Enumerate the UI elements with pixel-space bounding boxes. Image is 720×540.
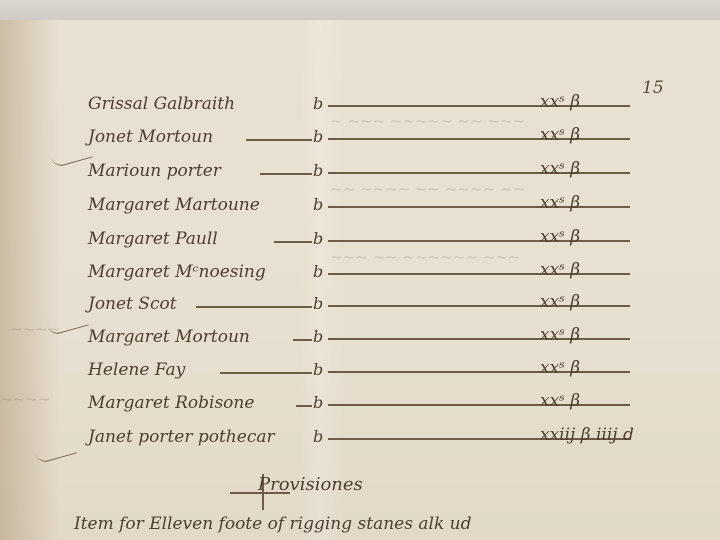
entry-mark: b (313, 393, 323, 412)
entry-rule (328, 105, 630, 107)
scan-background-strip (0, 0, 720, 22)
entry-rule (328, 404, 630, 406)
entry-dash (196, 306, 312, 308)
entry-name: Margaret Robisone (88, 393, 254, 413)
entry-dash (220, 372, 312, 374)
entry-name: Jonet Scot (88, 294, 177, 314)
account-entry: Janet porter pothecar b xxiij β iiij d (88, 425, 688, 453)
account-entry: Jonet Mortoun b xxˢ β (88, 125, 688, 153)
account-entry: Margaret Robisone b xxˢ β (88, 391, 688, 419)
entry-dash (260, 173, 312, 175)
entry-amount: xxˢ β (540, 292, 580, 312)
entry-name: Janet porter pothecar (88, 427, 275, 447)
entry-amount: xxˢ β (540, 125, 580, 145)
entry-rule (328, 206, 630, 208)
entry-rule (328, 305, 630, 307)
entry-rule (328, 240, 630, 242)
entry-dash (296, 405, 312, 407)
account-entry: Helene Fay b xxˢ β (88, 358, 688, 386)
entry-amount: xxˢ β (540, 325, 580, 345)
entry-amount: xxˢ β (540, 260, 580, 280)
entry-amount: xxˢ β (540, 391, 580, 411)
entry-name: Grissal Galbraith (88, 94, 235, 114)
entry-name: Margaret Paull (88, 229, 218, 249)
entry-amount: xxˢ β (540, 92, 580, 112)
entry-name: Margaret Mortoun (88, 327, 250, 347)
section-heading: Provisiones (258, 474, 363, 495)
entry-rule (328, 138, 630, 140)
entry-mark: b (313, 360, 323, 379)
entry-dash (274, 241, 312, 243)
entry-name: Helene Fay (88, 360, 185, 380)
entry-mark: b (313, 262, 323, 281)
account-entry: Margaret Paull b xxˢ β (88, 227, 688, 255)
entry-rule (328, 172, 630, 174)
entry-dash (246, 139, 312, 141)
entry-amount: xxˢ β (540, 227, 580, 247)
entry-mark: b (313, 161, 323, 180)
entry-amount: xxiij β iiij d (540, 425, 634, 445)
account-entry: Grissal Galbraith b xxˢ β (88, 92, 688, 120)
entry-rule (328, 338, 630, 340)
account-entry: Jonet Scot b xxˢ β (88, 292, 688, 320)
entry-mark: b (313, 294, 323, 313)
entry-amount: xxˢ β (540, 193, 580, 213)
entry-dash (293, 339, 312, 341)
entry-mark: b (313, 427, 323, 446)
account-entry: Marioun porter b xxˢ β (88, 159, 688, 187)
entry-mark: b (313, 327, 323, 346)
account-entry: Margaret Mᶜnoesing b xxˢ β (88, 260, 688, 288)
entry-amount: xxˢ β (540, 358, 580, 378)
entry-name: Jonet Mortoun (88, 127, 213, 147)
entry-name: Margaret Mᶜnoesing (88, 262, 266, 282)
bleed-through-text: ~~~~ (0, 390, 50, 408)
entry-name: Marioun porter (88, 161, 221, 181)
entry-mark: b (313, 127, 323, 146)
entry-rule (328, 273, 630, 275)
entry-name: Margaret Martoune (88, 195, 260, 215)
item-entry: Item for Elleven foote of rigging stanes… (74, 514, 471, 534)
entry-mark: b (313, 195, 323, 214)
entry-mark: b (313, 229, 323, 248)
account-entry: Margaret Mortoun b xxˢ β (88, 325, 688, 353)
entry-amount: xxˢ β (540, 159, 580, 179)
entry-rule (328, 371, 630, 373)
entry-mark: b (313, 94, 323, 113)
account-entry: Margaret Martoune b xxˢ β (88, 193, 688, 221)
